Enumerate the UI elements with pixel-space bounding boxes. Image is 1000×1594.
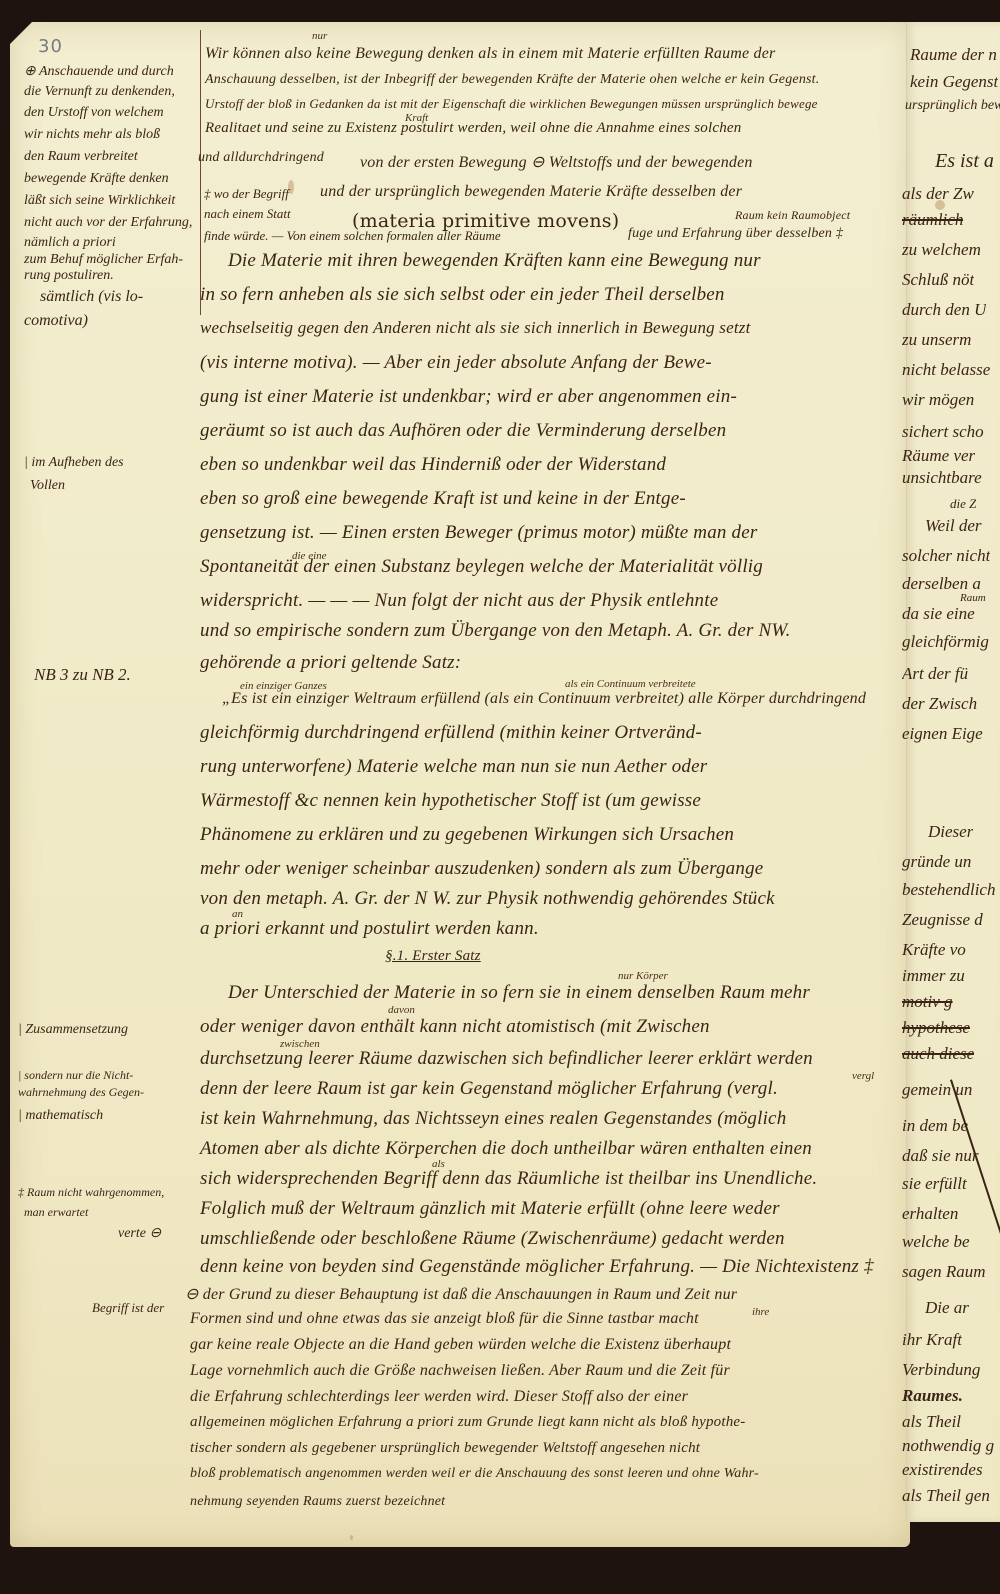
text-line: Die Materie mit ihren bewegenden Kräften… (228, 250, 761, 272)
interlinear-insertion: ihre (752, 1306, 769, 1318)
facing-line: Dieser (928, 822, 973, 842)
facing-line: Weil der (925, 516, 982, 536)
interlinear-insertion: die eine (292, 550, 327, 562)
facing-line: wir mögen (902, 390, 974, 410)
text-line: Atomen aber als dichte Körperchen die do… (200, 1138, 812, 1160)
section-heading: §.1. Erster Satz (385, 948, 481, 965)
text-line: die Erfahrung schlechterdings leer werde… (190, 1388, 688, 1406)
margin-line: die Vernunft zu denkenden, (24, 84, 175, 100)
interlinear-insertion: vergl (852, 1070, 874, 1082)
text-line: Wärmestoff &c nennen kein hypothetischer… (200, 790, 701, 812)
margin-note-mathematical: | mathematisch (18, 1108, 103, 1124)
facing-line: Zeugnisse d (902, 910, 983, 930)
torn-corner (10, 22, 32, 44)
margin-note-concept: Begriff ist der (92, 1300, 164, 1316)
facing-line: der Zwisch (902, 694, 977, 714)
column-rule (200, 30, 201, 315)
margin-line: wir nichts mehr als bloß (24, 127, 160, 143)
facing-line: erhalten (902, 1204, 958, 1224)
facing-line: durch den U (902, 300, 986, 320)
facing-line: hypothese (902, 1018, 970, 1038)
interlinear-insertion: an (232, 908, 243, 920)
facing-line: gründe un (902, 852, 971, 872)
text-line: umschließende oder beschloßene Räume (Zw… (200, 1228, 785, 1250)
margin-line: ⊕ Anschauende und durch (24, 63, 174, 80)
text-line: denn keine von beyden sind Gegenstände m… (200, 1256, 874, 1278)
margin-line: nämlich a priori (24, 235, 116, 251)
facing-line: existirendes (902, 1460, 983, 1480)
interlinear-insertion: als (432, 1158, 445, 1170)
facing-line: solcher nicht (902, 546, 990, 566)
facing-line: sagen Raum (902, 1262, 986, 1282)
interlinear-insertion: davon (388, 1004, 415, 1016)
text-line: ⊖ der Grund zu dieser Behauptung ist daß… (185, 1284, 737, 1304)
text-line: fuge und Erfahrung über desselben ‡ (628, 226, 843, 242)
margin-line: comotiva) (24, 312, 88, 330)
text-line-latin: (materia primitive movens) (352, 210, 619, 232)
interlinear-insertion: nur (312, 30, 327, 42)
text-line: eben so undenkbar weil das Hinderniß ode… (200, 454, 666, 476)
facing-line: Verbindung (902, 1360, 980, 1380)
text-line: oder weniger davon enthält kann nicht at… (200, 1016, 710, 1038)
text-line: allgemeinen möglichen Erfahrung a priori… (190, 1414, 745, 1431)
interlinear-insertion: Kraft (405, 112, 428, 124)
insert-line: ‡ wo der Begriff (204, 186, 289, 202)
facing-line: bestehendlich (902, 880, 995, 900)
facing-line: ursprünglich bewege (905, 98, 1000, 114)
text-line: durchsetzung leerer Räume dazwischen sic… (200, 1048, 813, 1070)
facing-line: auch diese (902, 1044, 974, 1064)
facing-line: als Theil (902, 1412, 961, 1432)
facing-line: gemein un (902, 1080, 972, 1100)
text-line: gung ist einer Materie ist undenkbar; wi… (200, 386, 737, 408)
facing-line: Es ist a (935, 150, 994, 173)
text-line: geräumt so ist auch das Aufhören oder di… (200, 420, 726, 442)
facing-line: Art der fü (902, 664, 968, 684)
margin-line: den Raum verbreitet (24, 149, 138, 165)
text-line: mehr oder weniger scheinbar auszudenken)… (200, 858, 763, 880)
facing-line: eignen Eige (902, 724, 983, 744)
facing-line: gleichförmig (902, 632, 989, 652)
margin-note-verte: verte ⊖ (118, 1225, 161, 1242)
text-line: Realitaet und seine zu Existenz postulir… (205, 120, 742, 137)
margin-note-composition: | Zusammensetzung (18, 1022, 128, 1038)
facing-line: ihr Kraft (902, 1330, 962, 1350)
text-line: a priori erkannt und postulirt werden ka… (200, 918, 539, 940)
text-line: Anschauung desselben, ist der Inbegriff … (205, 72, 819, 88)
text-line: eben so groß eine bewegende Kraft ist un… (200, 488, 686, 510)
text-line: Urstoff der bloß in Gedanken da ist mit … (205, 96, 818, 112)
facing-line: als Theil gen (902, 1486, 990, 1506)
facing-line: motiv g (902, 992, 953, 1012)
insert-line: nach einem Statt (204, 206, 291, 222)
margin-note-nb: NB 3 zu NB 2. (34, 665, 131, 685)
text-line: bloß problematisch angenommen werden wei… (190, 1466, 759, 1482)
facing-line: unsichtbare (902, 468, 982, 488)
margin-note-space: ‡ Raum nicht wahrgenommen, (18, 1185, 164, 1200)
interlinear-insertion: nur Körper (618, 970, 668, 982)
facing-line: als der Zw (902, 184, 974, 204)
text-line: gleichförmig durchdringend erfüllend (mi… (200, 722, 702, 744)
facing-line: kein Gegenst (910, 72, 998, 92)
margin-line: sämtlich (vis lo- (40, 288, 143, 306)
facing-line: Raum (960, 592, 986, 604)
facing-line: räumlich (902, 210, 963, 230)
text-line: Formen sind und ohne etwas das sie anzei… (190, 1310, 699, 1328)
text-line: (vis interne motiva). — Aber ein jeder a… (200, 352, 712, 374)
facing-line: Kräfte vo (902, 940, 966, 960)
facing-line: immer zu (902, 966, 965, 986)
page-number: 30 (38, 36, 63, 57)
margin-note-filling: | im Aufheben des (24, 455, 124, 471)
text-line: gensetzung ist. — Einen ersten Beweger (… (200, 522, 757, 544)
text-line: nehmung seyenden Raums zuerst bezeichnet (190, 1494, 445, 1510)
text-line: denn der leere Raum ist gar kein Gegenst… (200, 1078, 778, 1100)
interlinear-insertion: ein einziger Ganzes (240, 680, 327, 692)
margin-line: zum Behuf möglicher Erfah- (24, 252, 183, 268)
text-line: gehörende a priori geltende Satz: (200, 652, 461, 674)
facing-line: nothwendig g (902, 1436, 994, 1456)
text-line: rung unterworfene) Materie welche man nu… (200, 756, 707, 778)
text-line: Folglich muß der Weltraum gänzlich mit M… (200, 1198, 780, 1220)
text-line: widerspricht. — — — Nun folgt der nicht … (200, 590, 718, 612)
text-line: und so empirische sondern zum Übergange … (200, 620, 791, 642)
facing-line: in dem be (902, 1116, 968, 1136)
margin-note-filling: Vollen (30, 478, 65, 494)
margin-line: nicht auch vor der Erfahrung, (24, 215, 192, 231)
text-line: Spontaneität der einen Substanz beylegen… (200, 556, 763, 578)
text-line: von den metaph. A. Gr. der N W. zur Phys… (200, 888, 775, 910)
text-line: von der ersten Bewegung ⊖ Weltstoffs und… (360, 152, 753, 172)
text-line: Wir können also keine Bewegung denken al… (205, 45, 775, 63)
facing-line: die Z (950, 496, 976, 512)
facing-line: nicht belasse (902, 360, 990, 380)
text-line: „Es ist ein einziger Weltraum erfüllend … (222, 690, 866, 708)
text-line: Der Unterschied der Materie in so fern s… (228, 982, 810, 1004)
margin-note-space: man erwartet (24, 1205, 88, 1220)
text-line: in so fern anheben als sie sich selbst o… (200, 284, 725, 306)
margin-line: bewegende Kräfte denken (24, 171, 169, 187)
text-line: Phänomene zu erklären und zu gegebenen W… (200, 824, 734, 846)
facing-line: Die ar (925, 1298, 969, 1318)
text-line: wechselseitig gegen den Anderen nicht al… (200, 318, 751, 338)
facing-line: Schluß nöt (902, 270, 974, 290)
margin-line: läßt sich seine Wirklichkeit (24, 193, 175, 209)
text-line: sich widersprechenden Begriff denn das R… (200, 1168, 817, 1190)
facing-line: derselben a (902, 574, 981, 594)
interlinear-insertion: als ein Continuum verbreitete (565, 678, 696, 690)
facing-line: zu unserm (902, 330, 971, 350)
text-line: Lage vornehmlich auch die Größe nachweis… (190, 1362, 730, 1380)
text-line: ist kein Wahrnehmung, das Nichtsseyn ein… (200, 1108, 786, 1130)
facing-line: zu welchem (902, 240, 981, 260)
text-line: gar keine reale Objecte an die Hand gebe… (190, 1336, 731, 1354)
interlinear-insertion: zwischen (280, 1038, 320, 1050)
facing-line: welche be (902, 1232, 970, 1252)
facing-line: da sie eine (902, 604, 975, 624)
text-line: und alldurchdringend (198, 150, 324, 166)
facing-line: sie erfüllt (902, 1174, 967, 1194)
ink-stain (350, 1535, 353, 1540)
facing-line: Raume der n (910, 45, 997, 65)
text-line: und der ursprünglich bewegenden Materie … (320, 183, 742, 201)
margin-note-mathematical: wahrnehmung des Gegen- (18, 1085, 144, 1100)
margin-line: den Urstoff von welchem (24, 105, 164, 121)
facing-line: sichert scho (902, 422, 984, 442)
facing-line: Räume ver (902, 446, 975, 466)
margin-line: rung postuliren. (24, 268, 114, 284)
facing-line: Raumes. (902, 1386, 963, 1406)
facing-line: daß sie nur (902, 1146, 979, 1166)
margin-note-mathematical: | sondern nur die Nicht- (18, 1068, 133, 1083)
text-line: Raum kein Raumobject (735, 208, 850, 223)
text-line: tischer sondern als gegebener ursprüngli… (190, 1440, 700, 1457)
